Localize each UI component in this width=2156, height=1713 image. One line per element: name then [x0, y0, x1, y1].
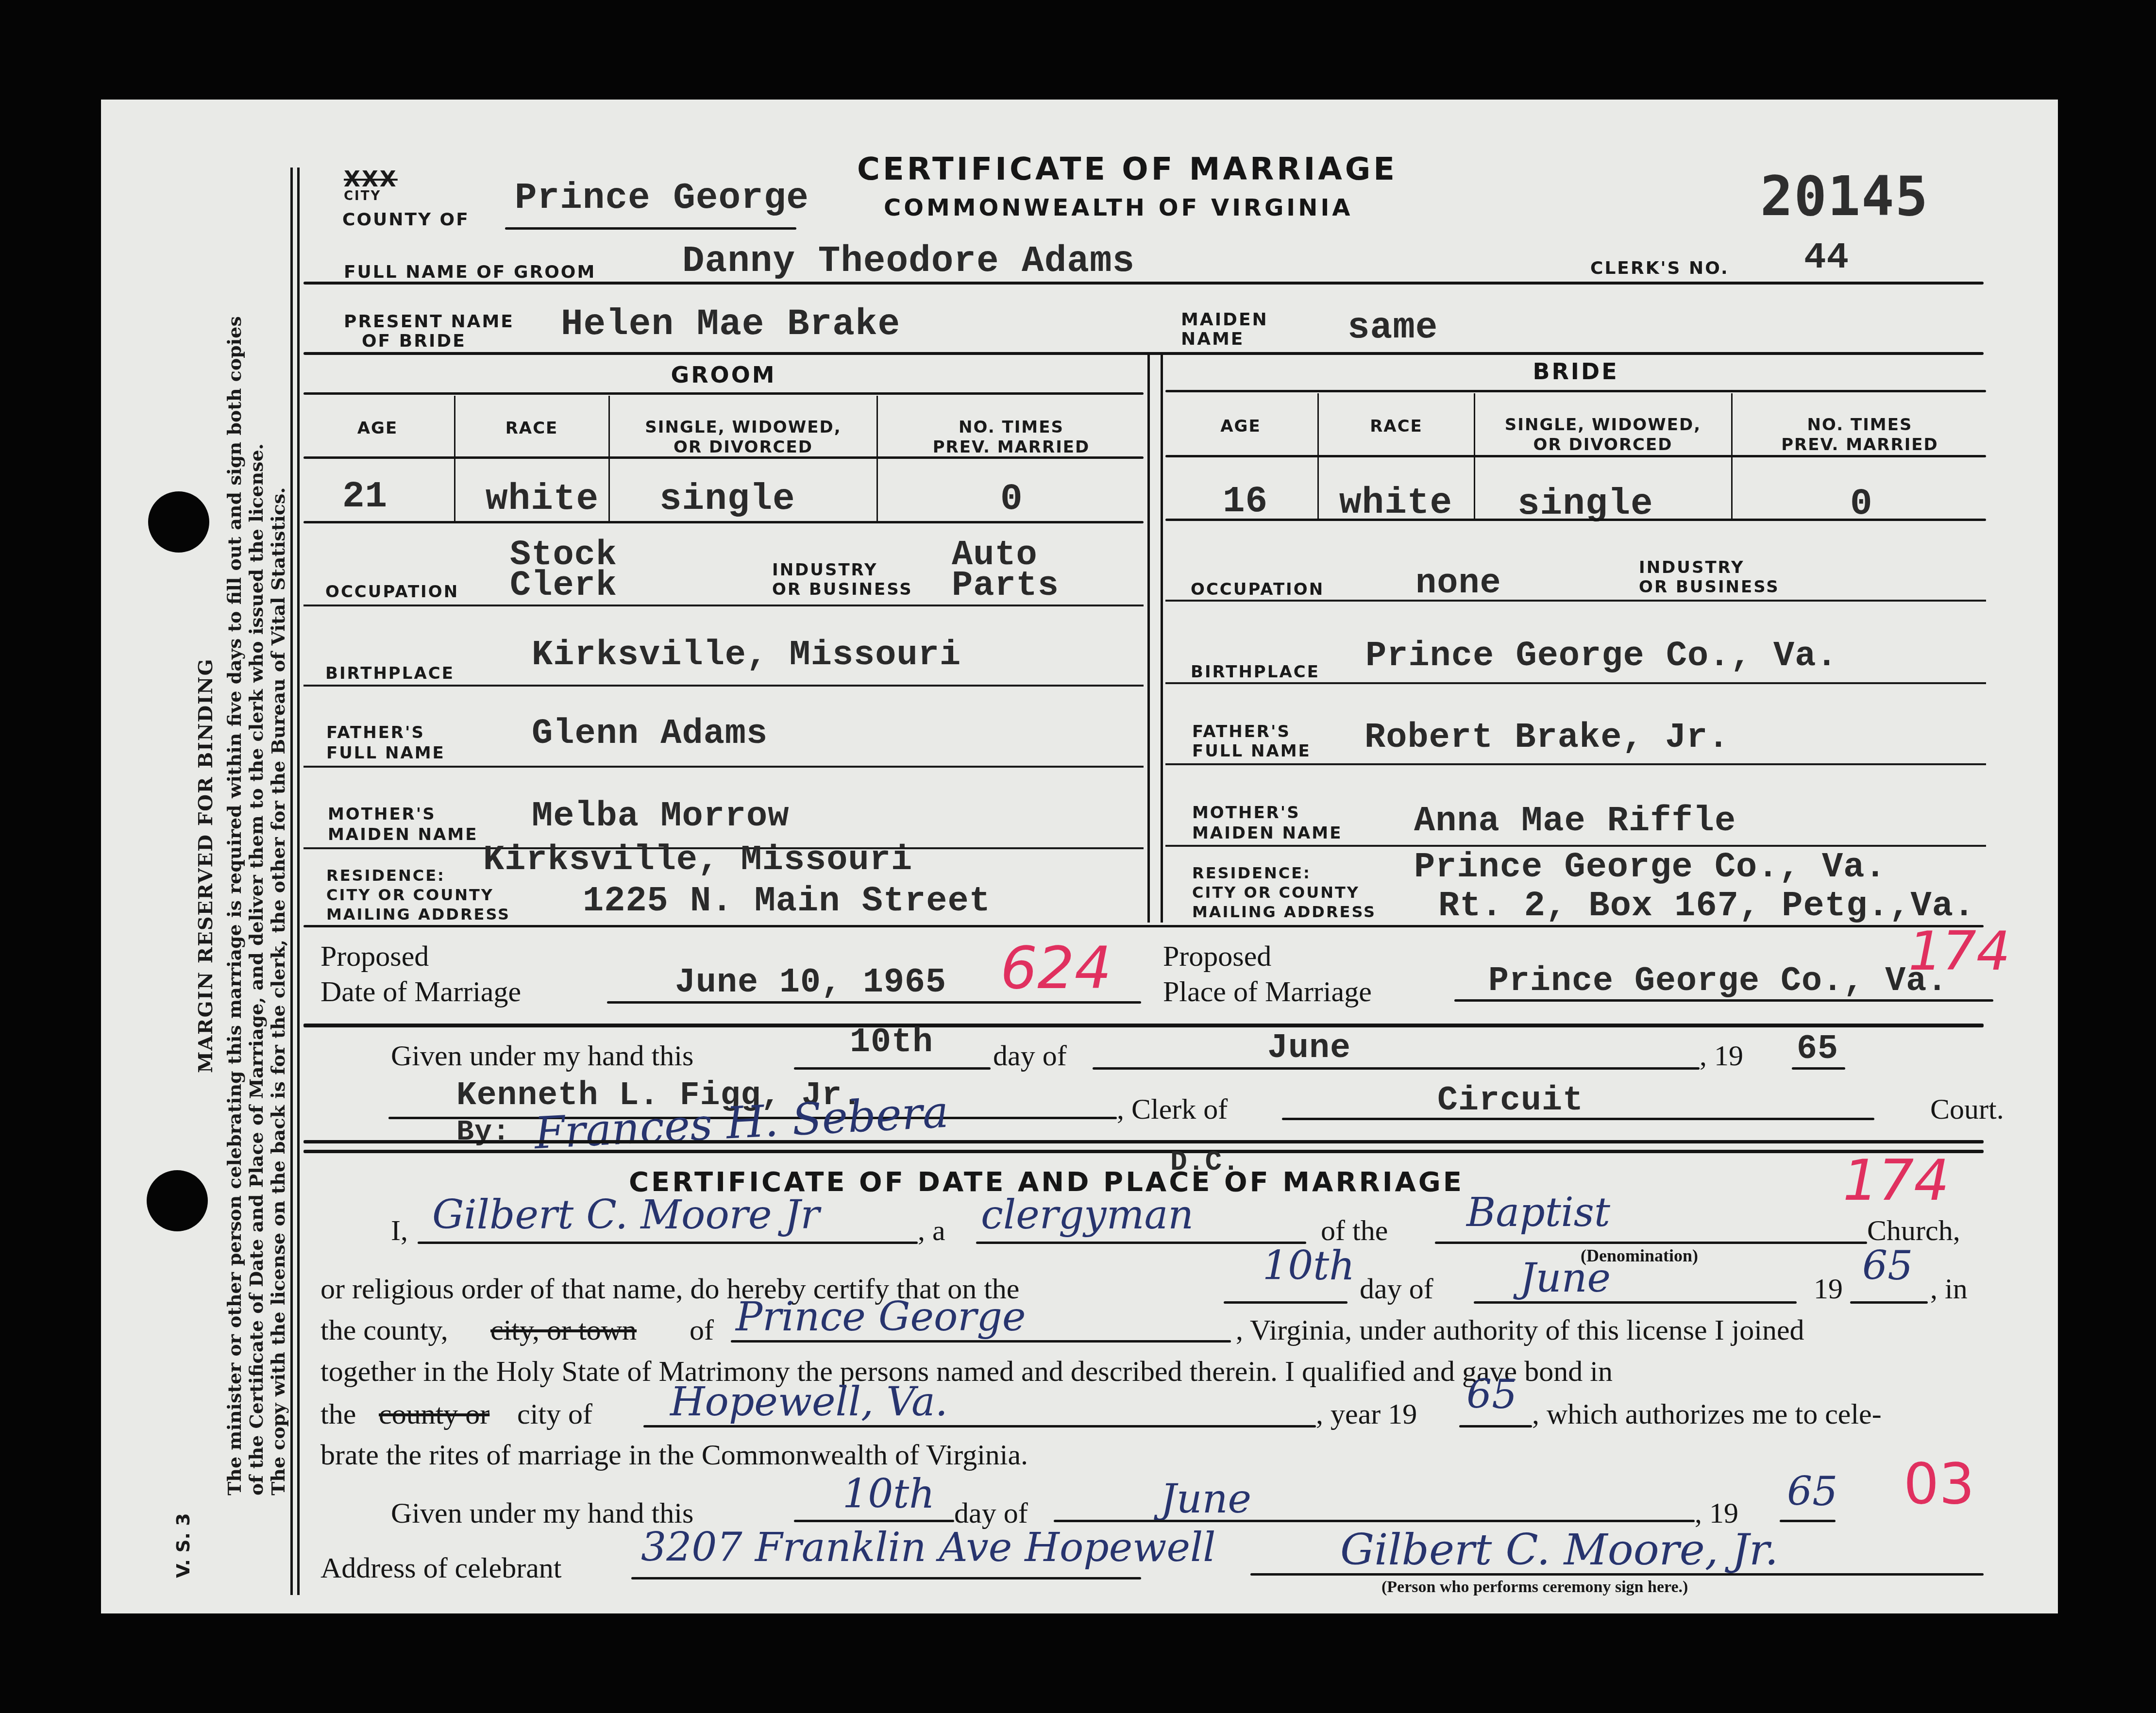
groom-mother: Melba Morrow [532, 796, 789, 836]
bride-residence-label-3: MAILING ADDRESS [1192, 903, 1376, 921]
groom-race: white [486, 478, 599, 520]
court-type: Circuit [1437, 1082, 1583, 1120]
license-year-prefix: , 19 [1700, 1039, 1743, 1073]
groom-birthplace: Kirksville, Missouri [532, 635, 961, 675]
bride-occupation: none [1415, 563, 1501, 603]
proposed-place-underline [1454, 999, 1993, 1002]
groom-header: GROOM [303, 362, 1144, 388]
groom-residence-label-1: RESIDENCE: [326, 867, 445, 885]
ceremony-month: June [1520, 1255, 1611, 1301]
license-year-underline [1792, 1067, 1845, 1070]
bride-residence: Prince George Co., Va. [1414, 847, 1886, 887]
bride-times-header: NO. TIMESPREV. MARRIED [1734, 415, 1986, 455]
groom-status-header: SINGLE, WIDOWED,OR DIVORCED [611, 418, 876, 457]
margin-instruction-line-2: of the Certificate of Date and Place of … [245, 443, 267, 1495]
status-header-line-2: OR DIVORCED [674, 437, 813, 457]
groom-col-sep-3 [876, 396, 878, 522]
license-month: June [1267, 1029, 1351, 1068]
city-label: CITY [344, 189, 381, 204]
red-place-code: 174 [1908, 920, 2010, 982]
celebrant-signature-line [1250, 1573, 1984, 1576]
rule-bride-table-row [1165, 519, 1986, 521]
bond-city: Hopewell, Va. [670, 1379, 948, 1425]
license-month-underline [1093, 1067, 1700, 1070]
rule-groom-father [303, 766, 1144, 768]
rule-groom-table-header [303, 456, 1144, 459]
bride-industry-label-1: INDUSTRY [1639, 558, 1745, 577]
groom-name-value: Danny Theodore Adams [682, 240, 1135, 282]
rule-proposed [303, 1024, 1984, 1027]
proposed-date-label-2: Date of Marriage [320, 975, 521, 1008]
binding-rule-inner [297, 168, 300, 1595]
by-label: By: [456, 1116, 510, 1149]
form-id: V. S. 3 [172, 1513, 194, 1578]
city-struck-label: XXX [344, 168, 398, 192]
bride-father-label-2: FULL NAME [1192, 742, 1311, 761]
ceremony-line-3-struck: city, or town [490, 1313, 637, 1347]
red-code-bottom: 03 [1903, 1452, 1974, 1517]
ceremony-line-5-year-label: , year 19 [1316, 1397, 1417, 1431]
times-header-line-2: PREV. MARRIED [933, 437, 1090, 457]
ceremony-given-month-underline [1054, 1520, 1695, 1522]
bride-birthplace-label: BIRTHPLACE [1191, 663, 1320, 682]
rule-bride-father [1165, 763, 1986, 765]
proposed-place-value: Prince George Co., Va. [1488, 962, 1948, 1001]
proposed-place-label-2: Place of Marriage [1163, 975, 1372, 1008]
bond-year: 65 [1466, 1372, 1517, 1418]
ceremony-day: 10th [1263, 1243, 1355, 1289]
ceremony-line-5-city-of: city of [517, 1397, 592, 1431]
status-header-line-1: SINGLE, WIDOWED, [1505, 415, 1701, 435]
ceremony-line-3-of: of [690, 1313, 714, 1347]
ceremony-i-label: I, [391, 1214, 408, 1247]
bride-status-header: SINGLE, WIDOWED,OR DIVORCED [1476, 415, 1730, 455]
groom-occupation-line-2: Clerk [510, 566, 617, 605]
proposed-date-value: June 10, 1965 [675, 964, 946, 1002]
court-type-underline [1282, 1118, 1874, 1120]
groom-bride-divider-left [1147, 354, 1150, 923]
times-header-line-1: NO. TIMES [959, 418, 1064, 437]
rule-bride-header [1165, 390, 1986, 392]
bride-industry-label-2: OR BUSINESS [1639, 578, 1780, 597]
maiden-name-label-2: NAME [1181, 329, 1244, 349]
punch-hole-bottom [147, 1170, 208, 1231]
ceremony-county-underline [731, 1340, 1231, 1343]
commonwealth-subtitle: COMMONWEALTH OF VIRGINIA [884, 194, 1353, 221]
rule-license-double-2 [303, 1150, 1984, 1153]
groom-mother-label-1: MOTHER'S [328, 805, 436, 824]
celebrant-title: clergyman [981, 1192, 1194, 1238]
binding-rule-outer [290, 168, 293, 1595]
groom-residence: Kirksville, Missouri [483, 840, 912, 880]
groom-industry-line-2: Parts [952, 566, 1059, 605]
bride-birthplace: Prince George Co., Va. [1365, 636, 1838, 676]
license-given-label: Given under my hand this [391, 1039, 693, 1073]
status-header-line-2: OR DIVORCED [1533, 435, 1673, 454]
license-day: 10th [850, 1024, 933, 1062]
bride-present-name-label-2: OF BRIDE [362, 331, 466, 351]
ceremony-given-day-underline [794, 1520, 954, 1522]
bride-race-header: RACE [1320, 417, 1473, 437]
margin-instruction-line-3: The copy with the license on the back is… [267, 487, 289, 1495]
rule-bride-birthplace [1165, 682, 1986, 684]
rule-bride-occupation [1165, 600, 1986, 602]
ceremony-year: 65 [1862, 1243, 1913, 1289]
bride-father: Robert Brake, Jr. [1364, 718, 1730, 757]
groom-residence-label-2: CITY OR COUNTY [326, 886, 494, 904]
ceremony-given-month: June [1161, 1476, 1251, 1522]
rule-groom-table-row [303, 521, 1144, 523]
ceremony-line-5-struck: county or [379, 1397, 489, 1431]
groom-status: single [659, 478, 795, 520]
bride-race: white [1339, 482, 1452, 524]
clerk-of-label: , Clerk of [1117, 1092, 1228, 1126]
bride-mother-label-2: MAIDEN NAME [1192, 824, 1342, 843]
red-ceremony-code: 174 [1843, 1148, 1950, 1213]
groom-name-label: FULL NAME OF GROOM [344, 262, 596, 282]
celebrant-address-label: Address of celebrant [320, 1551, 561, 1585]
rule-groom-name [303, 282, 1984, 285]
status-header-line-1: SINGLE, WIDOWED, [645, 418, 841, 437]
groom-occupation-label: OCCUPATION [325, 583, 459, 602]
ceremony-day-of-label: day of [1360, 1272, 1433, 1306]
county-value: Prince George [515, 177, 809, 219]
denomination-underline [1435, 1242, 1867, 1244]
margin-instruction-line-1: The minister or other person celebrating… [223, 316, 245, 1495]
court-label: Court. [1930, 1092, 2004, 1126]
groom-col-sep-2 [608, 396, 610, 522]
groom-times-header: NO. TIMESPREV. MARRIED [879, 418, 1144, 457]
ceremony-given-year-underline [1780, 1520, 1836, 1522]
bride-residence-label-2: CITY OR COUNTY [1192, 884, 1360, 902]
groom-mailing-address: 1225 N. Main Street [583, 881, 991, 921]
maiden-name-value: same [1347, 307, 1438, 349]
proposed-date-label-1: Proposed [320, 940, 429, 973]
certificate-number: 20145 [1760, 165, 1929, 228]
groom-race-header: RACE [456, 419, 607, 438]
clerks-no-label: CLERK'S NO. [1590, 258, 1729, 278]
rule-groom-birthplace [303, 685, 1144, 687]
ceremony-year-underline [1850, 1301, 1928, 1304]
groom-father: Glenn Adams [532, 714, 768, 754]
bond-city-underline [643, 1425, 1316, 1427]
ceremony-day-underline [1224, 1301, 1347, 1304]
groom-mother-label-2: MAIDEN NAME [328, 825, 478, 844]
celebrant-address: 3207 Franklin Ave Hopewell [641, 1525, 1215, 1571]
red-date-code: 624 [1000, 935, 1112, 1002]
certificate-title: CERTIFICATE OF MARRIAGE [857, 151, 1398, 187]
county-underline [505, 227, 796, 230]
ceremony-in-label: , in [1930, 1272, 1968, 1306]
rule-bride-mother [1165, 845, 1986, 847]
celebrant-title-underline [976, 1242, 1306, 1244]
bond-year-underline [1459, 1425, 1532, 1427]
license-day-underline [794, 1067, 991, 1070]
license-day-of-label: day of [993, 1039, 1067, 1073]
ceremony-a-label: , a [918, 1214, 945, 1247]
margin-binding-note: MARGIN RESERVED FOR BINDING [194, 658, 217, 1073]
bride-age-header: AGE [1165, 417, 1316, 437]
bride-header: BRIDE [1165, 358, 1986, 385]
ceremony-line-5-prefix: the [320, 1397, 356, 1431]
denomination-value: Baptist [1466, 1190, 1610, 1236]
times-header-line-2: PREV. MARRIED [1781, 435, 1938, 454]
ceremony-line-3-prefix: the county, [320, 1313, 448, 1347]
rule-bride-table-header [1165, 455, 1986, 457]
groom-father-label-2: FULL NAME [326, 744, 445, 763]
groom-birthplace-label: BIRTHPLACE [325, 664, 455, 683]
ceremony-year-prefix: 19 [1814, 1272, 1843, 1306]
celebrant-address-underline [631, 1577, 1141, 1579]
groom-age: 21 [342, 476, 387, 518]
license-year: 65 [1797, 1030, 1838, 1069]
bride-occupation-label: OCCUPATION [1191, 580, 1324, 599]
bride-age: 16 [1223, 481, 1268, 522]
ceremony-county: Prince George [736, 1294, 1026, 1340]
groom-age-header: AGE [303, 419, 452, 438]
groom-residence-label-3: MAILING ADDRESS [326, 906, 510, 924]
rule-license-double-1 [303, 1140, 1984, 1143]
groom-col-sep-1 [454, 396, 455, 522]
rule-bride-name [303, 352, 1984, 355]
ceremony-month-underline [1474, 1301, 1797, 1304]
proposed-place-label-1: Proposed [1163, 940, 1271, 973]
bride-present-name-value: Helen Mae Brake [561, 303, 900, 345]
groom-bride-divider-right [1161, 354, 1163, 923]
clerks-no-value: 44 [1804, 237, 1849, 279]
groom-times-married: 0 [1000, 478, 1023, 520]
county-of-label: COUNTY OF [342, 210, 470, 230]
rule-groom-occupation [303, 605, 1144, 606]
ceremony-given-year: 65 [1787, 1469, 1837, 1515]
bride-mother: Anna Mae Riffle [1414, 801, 1736, 841]
bride-present-name-label-1: PRESENT NAME [344, 312, 514, 332]
bride-mailing-address: Rt. 2, Box 167, Petg.,Va. [1438, 886, 1975, 926]
rule-residence [303, 925, 1984, 927]
bride-mother-label-1: MOTHER'S [1192, 804, 1300, 823]
celebrant-name-underline [418, 1242, 918, 1244]
ceremony-of-the-label: of the [1321, 1214, 1388, 1247]
bride-residence-label-1: RESIDENCE: [1192, 864, 1311, 882]
celebrant-name: Gilbert C. Moore Jr [432, 1192, 820, 1238]
signature-caption: (Person who performs ceremony sign here.… [1381, 1578, 1688, 1596]
ceremony-line-4-text: together in the Holy State of Matrimony … [320, 1355, 1613, 1388]
ceremony-line-6-text: brate the rites of marriage in the Commo… [320, 1438, 1028, 1472]
maiden-name-label-1: MAIDEN [1181, 310, 1268, 330]
ceremony-line-3-suffix: , Virginia, under authority of this lice… [1236, 1313, 1804, 1347]
ceremony-line-5-suffix: , which authorizes me to cele- [1532, 1397, 1882, 1431]
bride-father-label-1: FATHER'S [1192, 722, 1291, 741]
groom-father-label-1: FATHER'S [326, 723, 425, 742]
celebrant-signature: Gilbert C. Moore, Jr. [1340, 1525, 1778, 1575]
ceremony-given-day: 10th [842, 1471, 935, 1517]
groom-industry-label-1: INDUSTRY [772, 561, 878, 580]
rule-groom-header [303, 392, 1144, 395]
punch-hole-top [148, 491, 209, 553]
times-header-line-1: NO. TIMES [1807, 415, 1913, 435]
groom-industry-label-2: OR BUSINESS [772, 580, 913, 599]
ceremony-church-label: Church, [1867, 1214, 1960, 1247]
